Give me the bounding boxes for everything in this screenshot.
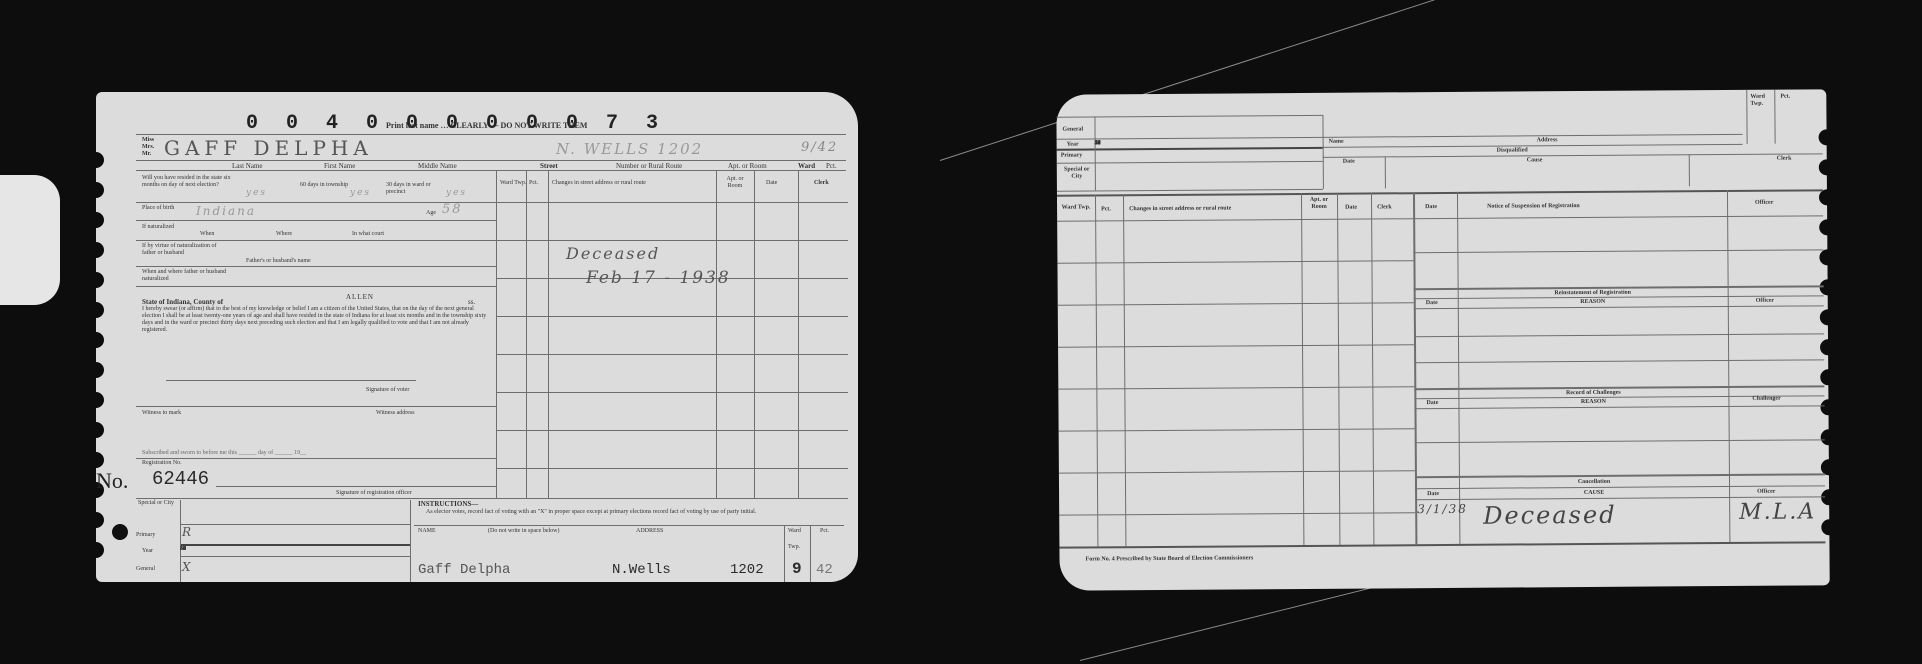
oath-text: I hereby swear (or affirm) that to the b… — [142, 306, 487, 334]
col-date: Date — [766, 180, 777, 187]
stub-note: (Do not write in space below) — [488, 528, 559, 535]
transfer-cause-label: Cause — [1527, 157, 1543, 164]
col-apt-room: Apt. or Room — [719, 176, 751, 190]
row-special-city: Special or City — [136, 500, 176, 507]
col-pct: Pct. — [1101, 206, 1111, 213]
col-changes: Changes in street address or rural route — [552, 180, 646, 187]
disqualified-label: Disqualified — [1497, 147, 1528, 154]
handwritten-deceased: Deceased — [566, 244, 660, 263]
signature-voter-label: Signature of voter — [366, 387, 409, 394]
challenges-challenger-header: Challenger — [1752, 396, 1780, 403]
stub-ward-label: Ward — [788, 528, 801, 535]
cancellation-date-header: Date — [1427, 491, 1439, 498]
label-pct: Pct. — [826, 162, 837, 170]
instructions-title: INSTRUCTIONS— — [418, 500, 478, 508]
precinct-label: 30 days in ward or precinct — [386, 182, 446, 196]
handwritten-name: GAFF DELPHA — [164, 136, 373, 160]
witness-address-label: Witness address — [376, 410, 415, 417]
label-ward: Ward — [798, 162, 815, 170]
cancellation-officer-header: Officer — [1757, 489, 1775, 496]
challenges-date-header: Date — [1426, 400, 1438, 407]
col-ward-twp: Ward Twp. — [500, 180, 526, 187]
form-footer: Form No. 4 Prescribed by State Board of … — [1086, 555, 1254, 563]
stub-typed-name: Gaff Delpha — [418, 562, 510, 578]
ss-label: ss. — [468, 298, 475, 306]
cancellation-date: 3/1/38 — [1417, 502, 1468, 516]
place-of-birth-value: Indiana — [196, 204, 256, 218]
registration-card-back: General Year Primary Special or City 47 … — [1056, 89, 1829, 590]
age-label: Age — [426, 210, 436, 217]
label-street: Street — [540, 162, 558, 170]
row-general: General — [1063, 127, 1084, 134]
col-ward-twp: Ward Twp. — [1061, 204, 1091, 211]
instructions-text: As elector votes, record fact of voting … — [426, 509, 806, 516]
transfer-date-label: Date — [1343, 159, 1355, 166]
witness-mark-label: Witness to mark — [142, 410, 181, 417]
subscribed-label: Subscribed and sworn to before me this _… — [142, 450, 306, 457]
row-year: Year — [142, 548, 153, 555]
township-answer: yes — [350, 188, 371, 198]
row-special-city: Special or City — [1061, 166, 1093, 180]
township-label: 60 days in township — [300, 182, 350, 189]
label-first-name: First Name — [324, 162, 355, 170]
general-mark: X — [182, 560, 193, 574]
when-where-label: When and where father or husband natural… — [142, 269, 242, 283]
transfer-address-label: Address — [1537, 137, 1558, 144]
residence-answer: yes — [246, 188, 267, 198]
suspension-officer-header: Officer — [1755, 200, 1773, 207]
salutation-mr: Mr. — [142, 151, 151, 158]
precinct-answer: yes — [446, 188, 467, 198]
fathers-name-label: Father's or husband's name — [246, 258, 311, 265]
cancellation-cause: Deceased — [1483, 501, 1616, 530]
stub-typed-pct: 42 — [816, 562, 833, 578]
registration-card-front: 0 0 4 0 0 0 0 0 0 7 3 Print last name … … — [96, 92, 858, 582]
transfer-ward-label: Ward Twp. — [1750, 94, 1770, 108]
stub-address-label: ADDRESS — [636, 528, 663, 535]
punch-hole — [112, 524, 128, 540]
scanner-glare — [0, 175, 60, 305]
year-strip: 34 35 36 37 38 39 40 41 42 43 44 45 46 — [180, 546, 410, 556]
reinstatement-date-header: Date — [1426, 300, 1438, 307]
year-strip: 47 48 49 50 51 52 53 54 55 56 57 58 59 — [1095, 139, 1323, 149]
suspension-notice-header: Notice of Suspension of Registration — [1487, 203, 1580, 211]
naturalized-label: If naturalized — [142, 224, 174, 231]
transfer-clerk-label: Clerk — [1777, 156, 1792, 163]
handwritten-address: N. WELLS 1202 — [556, 140, 703, 158]
row-general: General — [136, 566, 155, 573]
row-primary: Primary — [136, 532, 155, 539]
oath-heading: State of Indiana, County of — [142, 298, 223, 306]
label-middle-name: Middle Name — [418, 162, 457, 170]
label-number-route: Number or Rural Route — [616, 162, 682, 170]
registration-no-label: Registration No. — [142, 460, 182, 467]
label-apt-room: Apt. or Room — [728, 162, 767, 170]
stub-typed-street: N.Wells — [612, 562, 671, 578]
registration-number: 62446 — [152, 468, 209, 490]
stub-twp-label: Twp. — [788, 544, 800, 551]
col-changes: Changes in street address or rural route — [1129, 205, 1231, 213]
row-year: Year — [1067, 142, 1079, 149]
salutation-mrs: Mrs. — [142, 144, 154, 151]
stub-typed-number: 1202 — [730, 562, 764, 578]
transfer-name-label: Name — [1329, 139, 1344, 146]
reinstatement-officer-header: Officer — [1756, 298, 1774, 305]
virtue-label: If by virtue of naturalization of father… — [142, 243, 222, 257]
cancellation-officer: M.L.A — [1739, 499, 1816, 525]
when-label: When — [200, 231, 214, 238]
primary-mark: R — [182, 525, 193, 539]
signature-officer-label: Signature of registration officer — [336, 490, 412, 497]
stub-name-label: NAME — [418, 528, 436, 535]
col-clerk: Clerk — [814, 180, 829, 187]
place-of-birth-label: Place of birth — [142, 205, 182, 212]
col-clerk: Clerk — [1377, 204, 1392, 211]
row-primary: Primary — [1061, 153, 1083, 160]
transfer-pct-label: Pct. — [1780, 94, 1790, 101]
suspension-date-header: Date — [1425, 204, 1437, 211]
stub-pct-label: Pct. — [820, 528, 829, 535]
handwritten-death-date: Feb 17 - 1938 — [586, 268, 731, 288]
court-label: In what court — [352, 231, 384, 238]
handwritten-ward: 9/42 — [801, 140, 838, 155]
where-label: Where — [276, 231, 292, 238]
col-date: Date — [1345, 205, 1357, 212]
label-last-name: Last Name — [232, 162, 263, 170]
header-instruction: Print last name … CLEARLY — DO NOT WRITE… — [386, 122, 587, 130]
residence-question: Will you have resided in the state six m… — [142, 175, 242, 189]
age-value: 58 — [442, 202, 463, 217]
col-apt-room: Apt. or Room — [1303, 197, 1335, 211]
stub-typed-ward: 9 — [792, 560, 802, 578]
col-pct: Pct. — [529, 180, 538, 187]
county-value: ALLEN — [346, 293, 374, 301]
number-symbol: No. — [96, 469, 128, 493]
salutation-miss: Miss — [142, 137, 154, 144]
